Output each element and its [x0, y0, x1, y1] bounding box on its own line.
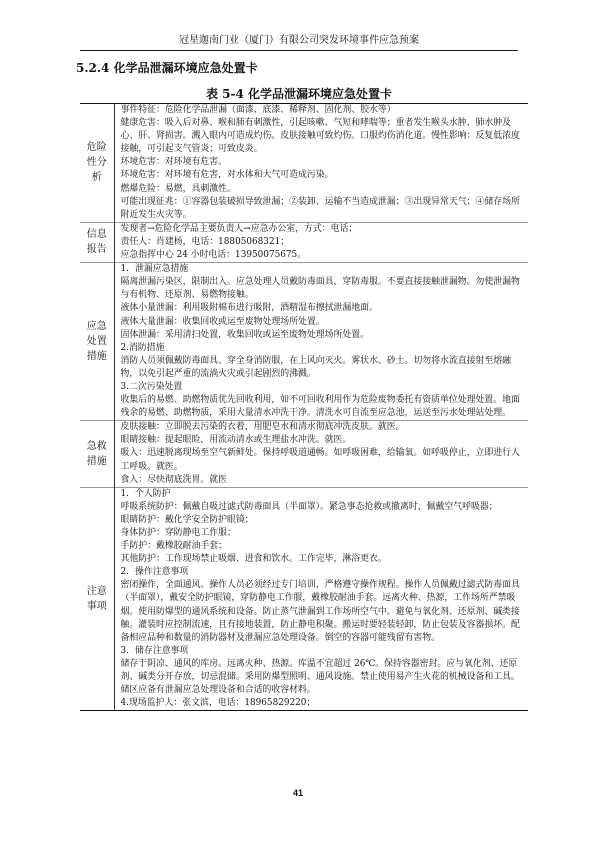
content-line: 眼睛接触：提起眼睑，用流动清水或生理盐水冲洗。就医。: [121, 434, 529, 447]
row-content-precautions: 1．个人防护 呼吸系统防护：佩戴自吸过滤式防毒面具（半面罩）。紧急事态抢救或撤离…: [114, 487, 528, 711]
table-row-info-report: 信息报告 发现者→危险化学品主要负责人→应急办公室，方式：电话； 责任人：肖建杨…: [80, 222, 528, 262]
content-line: 2．操作注意事项: [121, 566, 529, 579]
content-line: 事件特征：危险化学品泄漏（面漆、底漆、稀释剂、固化剂、胶水等）: [121, 104, 529, 117]
content-line: 密闭操作，全面通风。操作人员必须经过专门培训，严格遵守操作规程。操作人员佩戴过滤…: [121, 579, 529, 644]
content-line: 4.现场监护人：张文滨，电话：18965829220；: [121, 697, 529, 710]
content-line: 消防人员须佩戴防毒面具、穿全身消防服，在上风向灭火。雾状水、砂土。切勿将水流直接…: [121, 355, 529, 381]
content-line: 收集后的易燃、助燃物质优先回收利用，如不可回收利用作为危险废物委托有资质单位处理…: [121, 394, 529, 420]
content-line: 身体防护：穿防静电工作服；: [121, 527, 529, 540]
content-line: 环境危害：对环境有危害。: [121, 156, 529, 169]
content-line: 固体泄漏：采用清扫处置，收集回收或运至废物处理场所处置。: [121, 329, 529, 342]
content-line: 环境危害：对环境有危害，对水体和大气可造成污染。: [121, 169, 529, 182]
content-line: 可能出现征兆：①容器包装破损导致泄漏；②装卸、运输不当造成泄漏；③出现异常天气；…: [121, 196, 529, 222]
content-line: 发现者→危险化学品主要负责人→应急办公室，方式：电话；: [121, 223, 529, 236]
content-line: 液体小量泄漏：利用吸附棉布进行吸附，酒精湿布擦拭泄漏地面。: [121, 302, 529, 315]
content-line: 应急指挥中心 24 小时电话：13950075675。: [121, 249, 529, 262]
content-line: 3.二次污染处置: [121, 381, 529, 394]
content-line: 健康危害：吸入后对鼻、喉和肺有刺激性，引起咳嗽、气短和哮喘等；重者发生喉头水肿、…: [121, 117, 529, 156]
emergency-response-card-table: 危险性分析 事件特征：危险化学品泄漏（面漆、底漆、稀释剂、固化剂、胶水等） 健康…: [80, 103, 528, 711]
content-line: 其他防护：工作现场禁止吸烟、进食和饮水。工作完毕，淋浴更衣。: [121, 553, 529, 566]
content-line: 眼睛防护：戴化学安全防护眼镜；: [121, 514, 529, 527]
content-line: 1．泄漏应急措施: [121, 263, 529, 276]
row-label-info-report: 信息报告: [80, 222, 114, 262]
row-content-info-report: 发现者→危险化学品主要负责人→应急办公室，方式：电话； 责任人：肖建杨，电话：1…: [114, 222, 528, 262]
content-line: 1．个人防护: [121, 488, 529, 501]
content-line: 储存于阴凉、通风的库房。远离火种、热源。库温不宜超过 26℃。保持容器密封。应与…: [121, 658, 529, 697]
row-content-hazard-analysis: 事件特征：危险化学品泄漏（面漆、底漆、稀释剂、固化剂、胶水等） 健康危害：吸入后…: [114, 104, 528, 223]
row-label-hazard-analysis: 危险性分析: [80, 104, 114, 223]
table-row-hazard-analysis: 危险性分析 事件特征：危险化学品泄漏（面漆、底漆、稀释剂、固化剂、胶水等） 健康…: [80, 104, 528, 223]
content-line: 2.消防措施: [121, 342, 529, 355]
row-content-emergency-measures: 1．泄漏应急措施 隔离泄漏污染区，限制出入。应急处理人员戴防毒面具，穿防毒服。不…: [114, 263, 528, 421]
row-label-precautions: 注意事项: [80, 487, 114, 711]
page-number: 41: [0, 788, 596, 798]
table-row-precautions: 注意事项 1．个人防护 呼吸系统防护：佩戴自吸过滤式防毒面具（半面罩）。紧急事态…: [80, 487, 528, 711]
content-line: 3．储存注意事项: [121, 645, 529, 658]
document-header: 冠星迦南门业（厦门）有限公司突发环境事件应急预案: [80, 34, 518, 51]
row-label-emergency-measures: 应急处置措施: [80, 263, 114, 421]
table-row-emergency-measures: 应急处置措施 1．泄漏应急措施 隔离泄漏污染区，限制出入。应急处理人员戴防毒面具…: [80, 263, 528, 421]
section-title: 5.2.4 化学品泄漏环境应急处置卡: [76, 60, 258, 76]
content-line: 食入：尽快彻底洗胃。就医: [121, 474, 529, 487]
content-line: 责任人：肖建杨，电话：18805068321；: [121, 236, 529, 249]
content-line: 隔离泄漏污染区，限制出入。应急处理人员戴防毒面具，穿防毒服。不要直接接触泄漏物。…: [121, 276, 529, 302]
table-row-first-aid: 急救措施 皮肤接触：立即脱去污染的衣着，用肥皂水和清水彻底冲洗皮肤。就医。 眼睛…: [80, 421, 528, 487]
content-line: 呼吸系统防护：佩戴自吸过滤式防毒面具（半面罩）。紧急事态抢救或撤离时，佩戴空气呼…: [121, 501, 529, 514]
row-label-first-aid: 急救措施: [80, 421, 114, 487]
content-line: 液体大量泄漏：收集回收或运至废物处理场所处置。: [121, 316, 529, 329]
row-content-first-aid: 皮肤接触：立即脱去污染的衣着，用肥皂水和清水彻底冲洗皮肤。就医。 眼睛接触：提起…: [114, 421, 528, 487]
content-line: 手防护：戴橡胶耐油手套；: [121, 540, 529, 553]
table-caption: 表 5-4 化学品泄漏环境应急处置卡: [80, 87, 518, 101]
content-line: 燃爆危险：易燃，具刺激性。: [121, 183, 529, 196]
content-line: 皮肤接触：立即脱去污染的衣着，用肥皂水和清水彻底冲洗皮肤。就医。: [121, 421, 529, 434]
content-line: 吸入：迅速脱离现场至空气新鲜处。保持呼吸道通畅。如呼吸困难，给输氧。如呼吸停止，…: [121, 447, 529, 473]
